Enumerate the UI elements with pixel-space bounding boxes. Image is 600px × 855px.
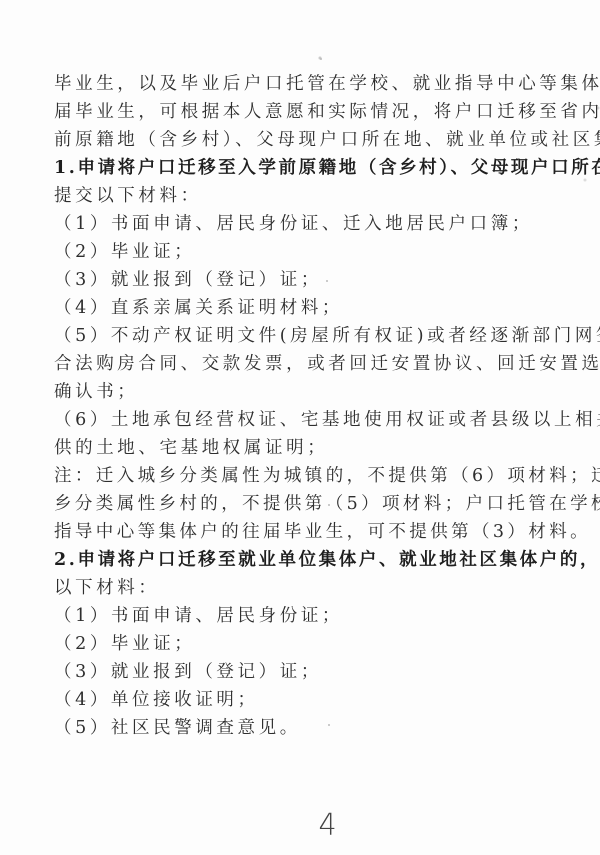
- section-2-heading: 2.申请将户口迁移至就业单位集体户、就业地社区集体户的，提交: [54, 546, 542, 574]
- item-line: （6）土地承包经营权证、宅基地使用权证或者县级以上相关单位提: [54, 406, 542, 434]
- section-1-heading-continued: 提交以下材料：: [54, 182, 542, 210]
- section-2-item-3: （3）就业报到（登记）证；: [54, 658, 542, 686]
- section-1-item-6: （6）土地承包经营权证、宅基地使用权证或者县级以上相关单位提 供的土地、宅基地权…: [54, 406, 542, 462]
- section-1-item-2: （2）毕业证；: [54, 238, 542, 266]
- section-2-item-4: （4）单位接收证明；: [54, 686, 542, 714]
- intro-paragraph: 毕业生，以及毕业后户口托管在学校、就业指导中心等集体户的往 届毕业生，可根据本人…: [54, 70, 542, 154]
- section-2-item-2: （2）毕业证；: [54, 630, 542, 658]
- note-line: 乡分类属性乡村的，不提供第（5）项材料；户口托管在学校、就业: [54, 490, 542, 518]
- section-1-note: 注：迁入城乡分类属性为城镇的，不提供第（6）项材料；迁入地城 乡分类属性乡村的，…: [54, 462, 542, 546]
- scan-speck: [320, 58, 322, 60]
- section-1-item-4: （4）直系亲属关系证明材料；: [54, 294, 542, 322]
- document-body: 毕业生，以及毕业后户口托管在学校、就业指导中心等集体户的往 届毕业生，可根据本人…: [54, 70, 542, 742]
- paragraph-line: 届毕业生，可根据本人意愿和实际情况，将户口迁移至省内的入学: [54, 98, 542, 126]
- item-line: 合法购房合同、交款发票，或者回迁安置协议、回迁安置选房交房: [54, 350, 542, 378]
- section-2: 2.申请将户口迁移至就业单位集体户、就业地社区集体户的，提交 以下材料： （1）…: [54, 546, 542, 742]
- section-2-item-1: （1）书面申请、居民身份证；: [54, 602, 542, 630]
- note-line: 注：迁入城乡分类属性为城镇的，不提供第（6）项材料；迁入地城: [54, 462, 542, 490]
- item-line: （5）不动产权证明文件(房屋所有权证)或者经逐渐部门网签备案的: [54, 322, 542, 350]
- section-1-heading: 1.申请将户口迁移至入学前原籍地（含乡村）、父母现户口所在地的，: [54, 154, 542, 182]
- section-2-heading-continued: 以下材料：: [54, 574, 542, 602]
- section-1: 1.申请将户口迁移至入学前原籍地（含乡村）、父母现户口所在地的， 提交以下材料：…: [54, 154, 542, 546]
- paragraph-line: 前原籍地（含乡村）、父母现户口所在地、就业单位或社区集体户。: [54, 126, 542, 154]
- section-1-item-1: （1）书面申请、居民身份证、迁入地居民户口簿；: [54, 210, 542, 238]
- note-line: 指导中心等集体户的往届毕业生，可不提供第（3）材料。: [54, 518, 542, 546]
- page-number: 4: [318, 808, 336, 843]
- scan-speck: [328, 504, 330, 506]
- item-line: 确认书；: [54, 378, 542, 406]
- scan-speck: [326, 280, 328, 282]
- section-1-item-3: （3）就业报到（登记）证；: [54, 266, 542, 294]
- scan-speck: [328, 724, 330, 726]
- paragraph-line: 毕业生，以及毕业后户口托管在学校、就业指导中心等集体户的往: [54, 70, 542, 98]
- item-line: 供的土地、宅基地权属证明；: [54, 434, 542, 462]
- document-page: 毕业生，以及毕业后户口托管在学校、就业指导中心等集体户的往 届毕业生，可根据本人…: [0, 0, 600, 855]
- section-1-item-5: （5）不动产权证明文件(房屋所有权证)或者经逐渐部门网签备案的 合法购房合同、交…: [54, 322, 542, 406]
- section-2-item-5: （5）社区民警调查意见。: [54, 714, 542, 742]
